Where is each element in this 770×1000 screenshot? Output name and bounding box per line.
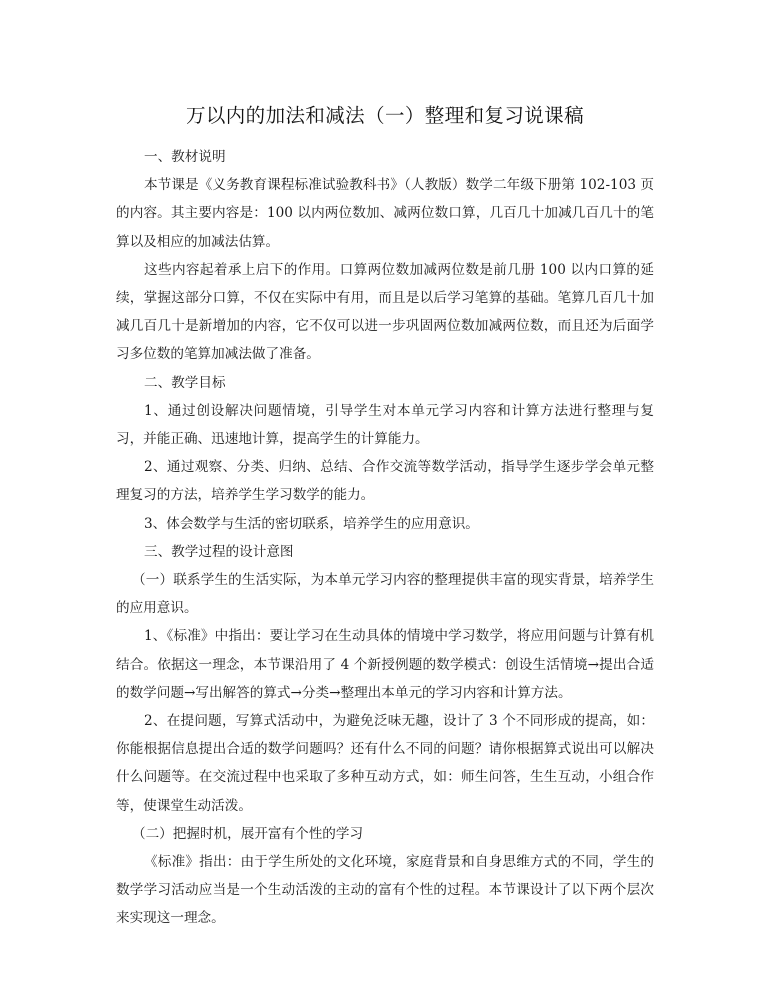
section-heading-goals: 二、教学目标 bbox=[116, 369, 654, 397]
paragraph: 3、体会数学与生活的密切联系，培养学生的应用意识。 bbox=[116, 510, 654, 538]
paragraph: 2、在提问题，写算式活动中，为避免泛味无趣，设计了 3 个不同形成的提高，如：你… bbox=[116, 707, 654, 820]
document-body: 一、教材说明 本节课是《义务教育课程标准试验教科书》（人教版）数学二年级下册第 … bbox=[116, 143, 654, 933]
section-heading-textbook: 一、教材说明 bbox=[116, 143, 654, 171]
paragraph: 《标准》指出：由于学生所处的文化环境，家庭背景和自身思维方式的不同，学生的数学学… bbox=[116, 848, 654, 933]
paragraph: 2、通过观察、分类、归纳、总结、合作交流等数学活动，指导学生逐步学会单元整理复习… bbox=[116, 453, 654, 509]
paragraph: 这些内容起着承上启下的作用。口算两位数加减两位数是前几册 100 以内口算的延续… bbox=[116, 256, 654, 369]
paragraph: 1、《标准》中指出：要让学习在生动具体的情境中学习数学，将应用问题与计算有机结合… bbox=[116, 622, 654, 707]
document-title: 万以内的加法和减法（一）整理和复习说课稿 bbox=[116, 100, 654, 128]
subsection-heading: （一）联系学生的生活实际，为本单元学习内容的整理提供丰富的现实背景，培养学生的应… bbox=[116, 566, 654, 622]
subsection-heading: （二）把握时机，展开富有个性的学习 bbox=[116, 820, 654, 848]
paragraph: 本节课是《义务教育课程标准试验教科书》（人教版）数学二年级下册第 102-103… bbox=[116, 171, 654, 256]
paragraph: 1、通过创设解决问题情境，引导学生对本单元学习内容和计算方法进行整理与复习，并能… bbox=[116, 397, 654, 453]
section-heading-design: 三、教学过程的设计意图 bbox=[116, 538, 654, 566]
